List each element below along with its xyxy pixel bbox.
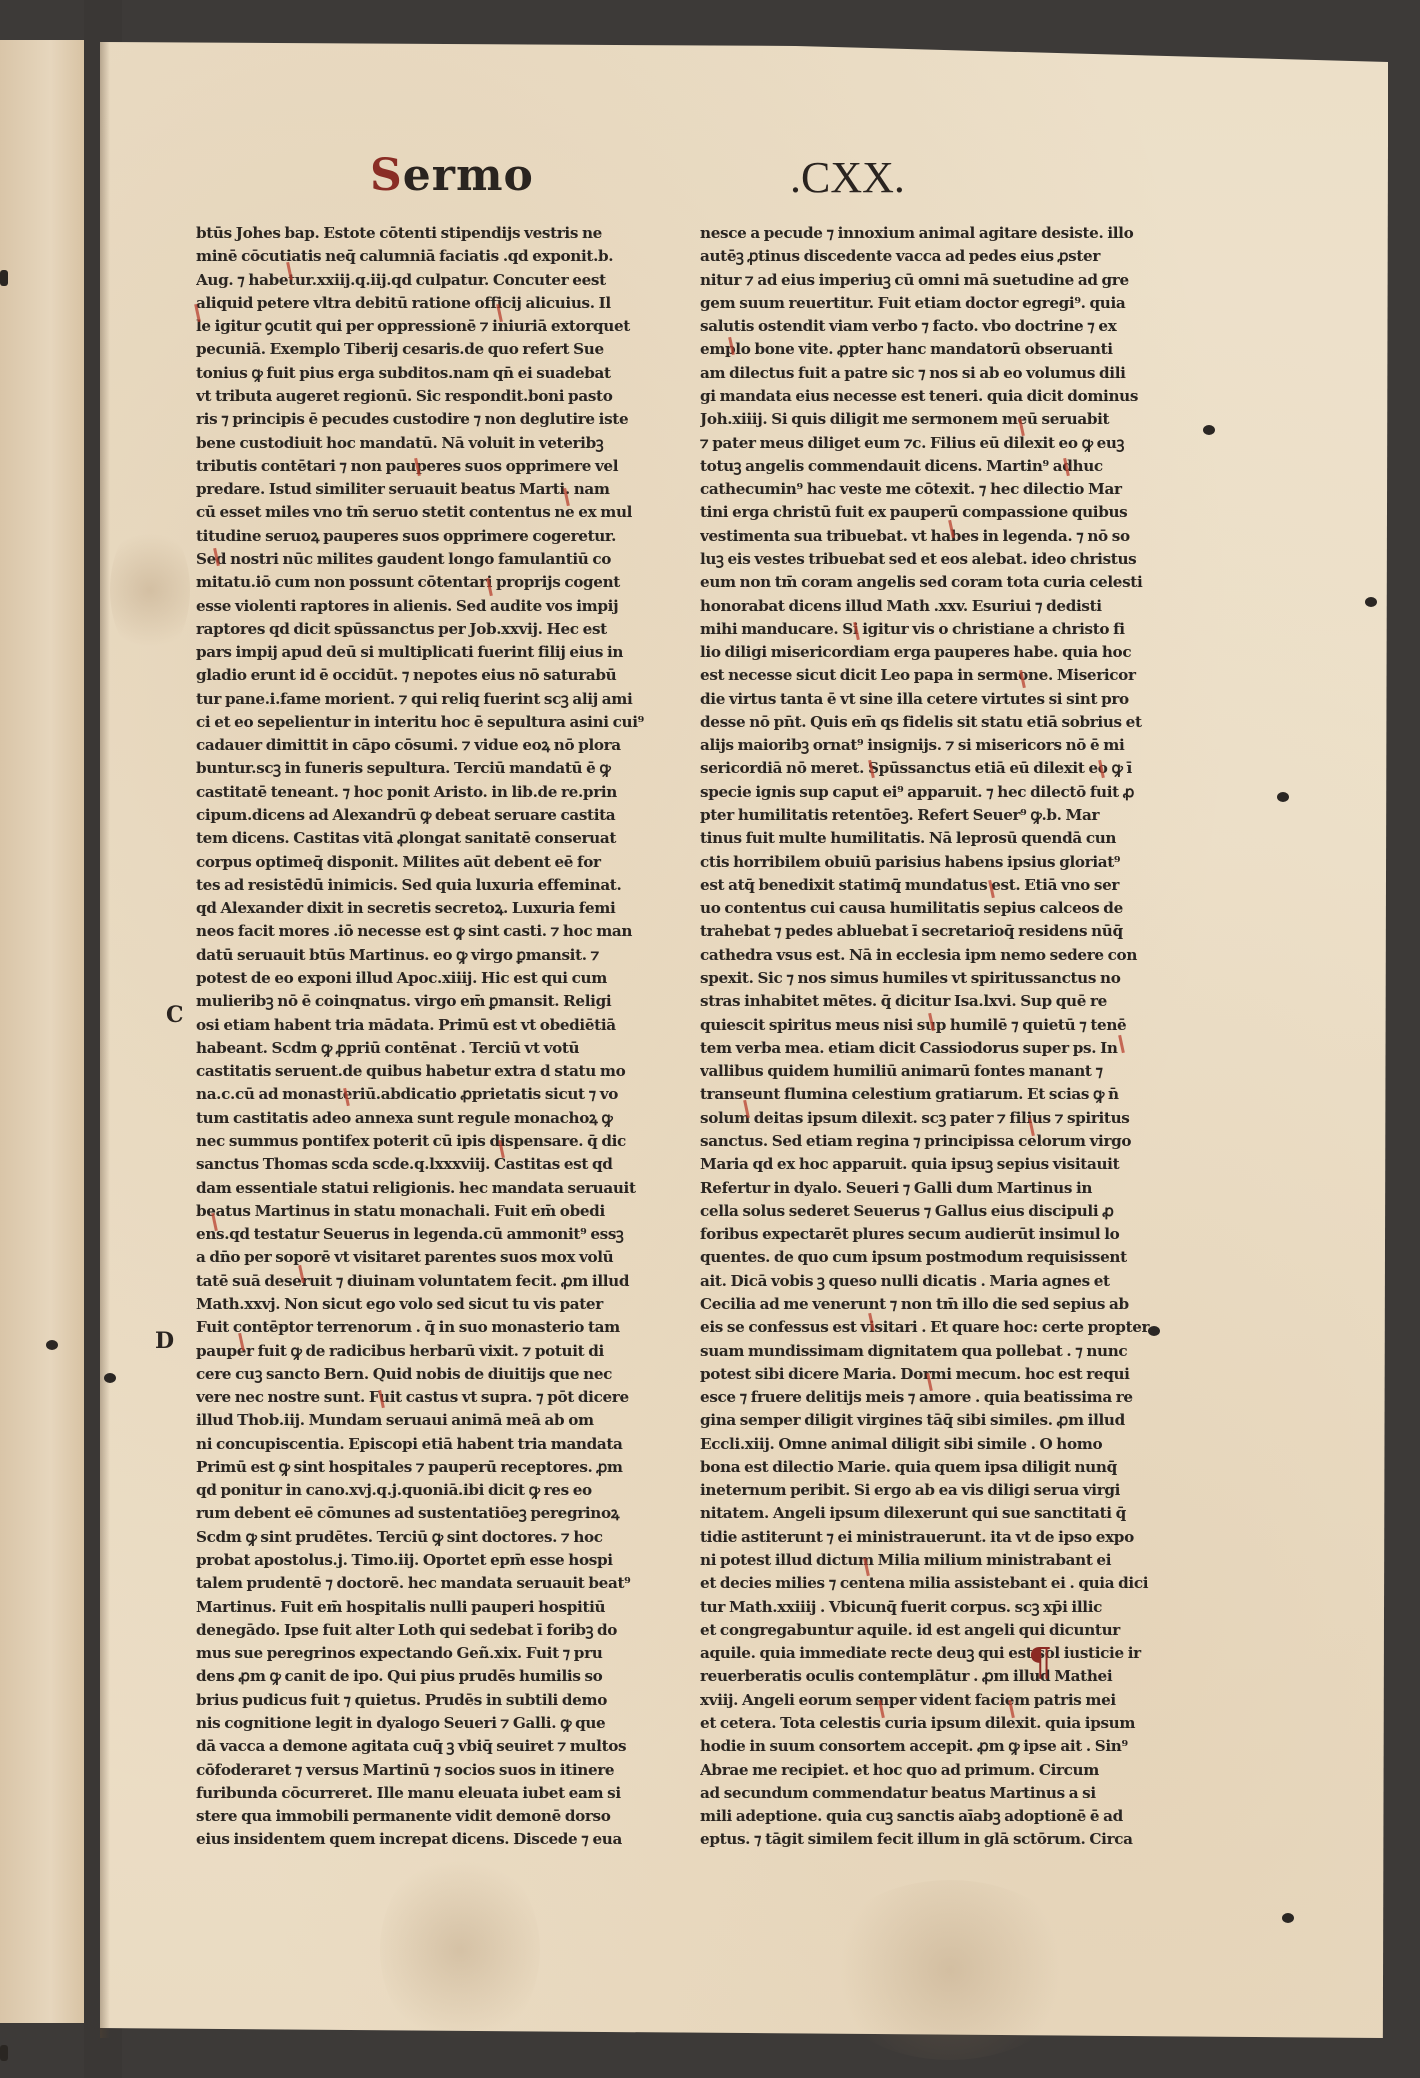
foxing-stain: [110, 520, 190, 660]
text-line: btūs Johes bap. Estote cōtenti stipendij…: [196, 222, 664, 245]
text-line: minē cōcutiatis neq̄ calumniā faciatis .…: [196, 245, 664, 268]
text-line: brius pudicus fuit ⁊ quietus. Prudēs in …: [196, 1689, 664, 1712]
text-line: cipum.dicens ad Alexandrū ꝙ debeat serua…: [196, 804, 664, 827]
text-line: est atq̄ benedixit statimq̄ mundatus est…: [700, 874, 1168, 897]
text-line: esce ⁊ fruere delitijs meis ⁊ amore . qu…: [700, 1386, 1168, 1409]
text-line: qd Alexander dixit in secretis secretoꝝ.…: [196, 897, 664, 920]
running-head-rest: ermo: [403, 150, 534, 201]
paragraph-mark: ¶: [1028, 1640, 1052, 1684]
text-line: ad secundum commendatur beatus Martinus …: [700, 1782, 1168, 1805]
text-line: die virtus tanta ē vt sine illa cetere v…: [700, 688, 1168, 711]
text-line: aliquid petere vltra debitū ratione offi…: [196, 292, 664, 315]
text-line: esse violenti raptores in alienis. Sed a…: [196, 595, 664, 618]
text-line: na.c.cū ad monasteriū.abdicatio ꝓprietat…: [196, 1083, 664, 1106]
text-line: pter humilitatis retentōeꝫ. Refert Seuer…: [700, 804, 1168, 827]
text-line: nesce a pecude ⁊ innoxium animal agitare…: [700, 222, 1168, 245]
text-line: hodie in suum consortem accepit. ꝓm ꝙ ip…: [700, 1735, 1168, 1758]
text-line: cōfoderaret ⁊ versus Martinū ⁊ socios su…: [196, 1759, 664, 1782]
text-line: totuꝫ angelis commendauit dicens. Martin…: [700, 455, 1168, 478]
text-line: ctis horribilem obuiū parisius habens ip…: [700, 851, 1168, 874]
text-line: mihi manducare. Si igitur vis o christia…: [700, 618, 1168, 641]
text-line: mus sue peregrinos expectando Geñ.xix. F…: [196, 1642, 664, 1665]
leaf-shadow: [100, 42, 110, 2038]
text-line: osi etiam habent tria mādata. Primū est …: [196, 1014, 664, 1037]
wormhole: [1203, 425, 1215, 435]
text-line: stras inhabitet mētes. q̄ dicitur Isa.lx…: [700, 990, 1168, 1013]
text-line: transeunt flumina celestium gratiarum. E…: [700, 1083, 1168, 1106]
text-line: Maria qd ex hoc apparuit. quia ipsuꝫ sep…: [700, 1153, 1168, 1176]
text-line: specie ignis sup caput ei⁹ apparuit. ⁊ h…: [700, 781, 1168, 804]
text-line: quiescit spiritus meus nisi sup humilē ⁊…: [700, 1014, 1168, 1037]
text-line: pars impij apud deū si multiplicati fuer…: [196, 641, 664, 664]
text-line: vallibus quidem humiliū animarū fontes m…: [700, 1060, 1168, 1083]
text-line: tur pane.i.fame morient. ⁊ qui reliq fue…: [196, 688, 664, 711]
text-line: furibunda cōcurreret. Ille manu eleuata …: [196, 1782, 664, 1805]
text-line: cella solus sederet Seuerus ⁊ Gallus eiu…: [700, 1200, 1168, 1223]
text-line: tinus fuit multe humilitatis. Nā leprosū…: [700, 827, 1168, 850]
text-line: eius insidentem quem increpat dicens. Di…: [196, 1828, 664, 1851]
text-line: Primū est ꝙ sint hospitales ⁊ pauperū re…: [196, 1456, 664, 1479]
running-head-initial: S: [370, 150, 403, 201]
text-line: tatē suā deseruit ⁊ diuinam voluntatem f…: [196, 1270, 664, 1293]
text-line: Abrae me recipiet. et hoc quo ad primum.…: [700, 1759, 1168, 1782]
text-line: cere cuꝫ sancto Bern. Quid nobis de diui…: [196, 1363, 664, 1386]
text-line: dens ꝓm ꝙ canit de ipo. Qui pius prudēs …: [196, 1665, 664, 1688]
text-line: Fuit contēptor terrenorum . q̄ in suo mo…: [196, 1316, 664, 1339]
text-line: Aug. ⁊ habetur.xxiij.q.iij.qd culpatur. …: [196, 269, 664, 292]
text-line: probat apostolus.j. Timo.iij. Oportet ep…: [196, 1549, 664, 1572]
text-line: ait. Dicā vobis ꝫ queso nulli dicatis . …: [700, 1270, 1168, 1293]
text-line: vere nec nostre sunt. Fuit castus vt sup…: [196, 1386, 664, 1409]
wormhole: [1277, 792, 1289, 802]
text-line: dā vacca a demone agitata cuq̄ ꝫ vbiq̄ s…: [196, 1735, 664, 1758]
text-line: tur Math.xxiiij . Vbicunq̄ fuerit corpus…: [700, 1596, 1168, 1619]
text-line: titudine seruoꝝ pauperes suos opprimere …: [196, 525, 664, 548]
text-line: emplo bone vite. ꝓpter hanc mandatorū ob…: [700, 338, 1168, 361]
text-line: ens.qd testatur Seuerus in legenda.cū am…: [196, 1223, 664, 1246]
text-line: castitatis seruent.de quibus habetur ext…: [196, 1060, 664, 1083]
text-line: habeant. Scdm ꝙ ꝓpriū contēnat . Terciū …: [196, 1037, 664, 1060]
text-line: ci et eo sepelientur in interitu hoc ē s…: [196, 711, 664, 734]
text-line: est necesse sicut dicit Leo papa in serm…: [700, 664, 1168, 687]
text-line: Joh.xiiij. Si quis diligit me sermonem m…: [700, 408, 1168, 431]
text-line: bona est dilectio Marie. quia quem ipsa …: [700, 1456, 1168, 1479]
foxing-stain: [380, 1850, 540, 2050]
text-line: cū esset miles vno tm̄ seruo stetit cont…: [196, 501, 664, 524]
text-line: eptus. ⁊ tāgit similem fecit illum in gl…: [700, 1828, 1168, 1851]
text-line: gina semper diligit virgines tāq̄ sibi s…: [700, 1409, 1168, 1432]
text-line: ⁊ pater meus diliget eum ⁊c. Filius eū d…: [700, 432, 1168, 455]
text-line: nec summus pontifex poterit cū ipis disp…: [196, 1130, 664, 1153]
text-line: nitatem. Angeli ipsum dilexerunt qui sue…: [700, 1502, 1168, 1525]
text-line: mili adeptione. quia cuꝫ sanctis aīabꝫ a…: [700, 1805, 1168, 1828]
text-line: gladio erunt id ē occidūt. ⁊ nepotes eiu…: [196, 664, 664, 687]
text-line: trahebat ⁊ pedes abluebat ī secretarioq̄…: [700, 920, 1168, 943]
text-line: suam mundissimam dignitatem qua pollebat…: [700, 1340, 1168, 1363]
text-line: vt tributa augeret regionū. Sic respondi…: [196, 385, 664, 408]
wormhole: [104, 1373, 116, 1383]
marginal-letter: D: [155, 1328, 174, 1354]
text-line: tidie astiterunt ⁊ ei ministrauerunt. it…: [700, 1526, 1168, 1549]
text-line: castitatē teneant. ⁊ hoc ponit Aristo. i…: [196, 781, 664, 804]
text-line: tini erga christū fuit ex pauperū compas…: [700, 501, 1168, 524]
text-line: potest de eo exponi illud Apoc.xiiij. Hi…: [196, 967, 664, 990]
text-line: dam essentiale statui religionis. hec ma…: [196, 1177, 664, 1200]
text-line: stere qua immobili permanente vidit demo…: [196, 1805, 664, 1828]
text-column-right: nesce a pecude ⁊ innoxium animal agitare…: [700, 222, 1168, 1852]
text-line: foribus expectarēt plures secum audierūt…: [700, 1223, 1168, 1246]
text-line: mulieribꝫ nō ē coinqnatus. virgo em̄ ꝑma…: [196, 990, 664, 1013]
text-line: predare. Istud similiter seruauit beatus…: [196, 478, 664, 501]
text-line: xviij. Angeli eorum semper vident faciem…: [700, 1689, 1168, 1712]
text-line: salutis ostendit viam verbo ⁊ facto. vbo…: [700, 315, 1168, 338]
text-line: potest sibi dicere Maria. Dormi mecum. h…: [700, 1363, 1168, 1386]
text-line: alijs maioribꝫ ornat⁹ insignijs. ⁊ si mi…: [700, 734, 1168, 757]
text-line: talem prudentē ⁊ doctorē. hec mandata se…: [196, 1572, 664, 1595]
text-column-left: btūs Johes bap. Estote cōtenti stipendij…: [196, 222, 664, 1852]
text-line: honorabat dicens illud Math .xxv. Esuriu…: [700, 595, 1168, 618]
text-line: luꝫ eis vestes tribuebat sed et eos aleb…: [700, 548, 1168, 571]
previous-leaf-fragment: [0, 40, 84, 2023]
text-line: beatus Martinus in statu monachali. Fuit…: [196, 1200, 664, 1223]
text-line: ni concupiscentia. Episcopi etiā habent …: [196, 1433, 664, 1456]
text-line: aquile. quia immediate recte deuꝫ qui es…: [700, 1642, 1168, 1665]
wormhole: [1282, 1913, 1294, 1923]
text-line: sanctus Thomas scda scde.q.lxxxviij. Cas…: [196, 1153, 664, 1176]
text-line: nis cognitione legit in dyalogo Seueri ⁊…: [196, 1712, 664, 1735]
text-line: gi mandata eius necesse est teneri. quia…: [700, 385, 1168, 408]
running-head-title: Sermo: [370, 150, 534, 201]
text-line: ni potest illud dictum Milia milium mini…: [700, 1549, 1168, 1572]
text-line: eis se confessus est visitari . Et quare…: [700, 1316, 1168, 1339]
text-line: Math.xxvj. Non sicut ego volo sed sicut …: [196, 1293, 664, 1316]
text-line: le igitur ꝯcutit qui per oppressionē ⁊ i…: [196, 315, 664, 338]
text-line: buntur.scꝫ in funeris sepultura. Terciū …: [196, 757, 664, 780]
text-line: ris ⁊ principis ē pecudes custodire ⁊ no…: [196, 408, 664, 431]
text-line: pauper fuit ꝙ de radicibus herbarū vixit…: [196, 1340, 664, 1363]
foxing-stain: [820, 1880, 1080, 2060]
wormhole: [46, 1340, 58, 1350]
text-line: lio diligi misericordiam erga pauperes h…: [700, 641, 1168, 664]
text-line: reuerberatis oculis contemplātur . ꝓm il…: [700, 1665, 1168, 1688]
text-line: et congregabuntur aquile. id est angeli …: [700, 1619, 1168, 1642]
text-line: datū seruauit btūs Martinus. eo ꝙ virgo …: [196, 944, 664, 967]
text-line: sanctus. Sed etiam regina ⁊ principissa …: [700, 1130, 1168, 1153]
text-line: rum debent eē cōmunes ad sustentatiōeꝫ p…: [196, 1502, 664, 1525]
text-line: tes ad resistēdū inimicis. Sed quia luxu…: [196, 874, 664, 897]
text-line: tonius ꝙ fuit pius erga subditos.nam qn̄…: [196, 362, 664, 385]
text-line: tem verba mea. etiam dicit Cassiodorus s…: [700, 1037, 1168, 1060]
text-line: neos facit mores .iō necesse est ꝙ sint …: [196, 920, 664, 943]
wormhole: [1365, 597, 1377, 607]
running-head: Sermo .CXX.: [370, 150, 950, 210]
text-line: cathedra vsus est. Nā in ecclesia ipm ne…: [700, 944, 1168, 967]
text-line: Scdm ꝙ sint prudētes. Terciū ꝙ sint doct…: [196, 1526, 664, 1549]
text-line: Martinus. Fuit em̄ hospitalis nulli paup…: [196, 1596, 664, 1619]
text-line: uo contentus cui causa humilitatis sepiu…: [700, 897, 1168, 920]
text-line: raptores qd dicit spūssanctus per Job.xx…: [196, 618, 664, 641]
text-line: qd ponitur in cano.xvj.q.j.quoniā.ibi di…: [196, 1479, 664, 1502]
text-line: illud Thob.iij. Mundam seruaui animā meā…: [196, 1409, 664, 1432]
text-line: bene custodiuit hoc mandatū. Nā voluit i…: [196, 432, 664, 455]
text-line: denegādo. Ipse fuit alter Loth qui sedeb…: [196, 1619, 664, 1642]
text-line: tum castitatis adeo annexa sunt regule m…: [196, 1107, 664, 1130]
text-line: Cecilia ad me venerunt ⁊ non tm̄ illo di…: [700, 1293, 1168, 1316]
text-line: pecuniā. Exemplo Tiberij cesaris.de quo …: [196, 338, 664, 361]
text-line: ineternum peribit. Si ergo ab ea vis dil…: [700, 1479, 1168, 1502]
text-line: desse nō pn̄t. Quis em̄ qs fidelis sit s…: [700, 711, 1168, 734]
wormhole-mark: [0, 270, 8, 286]
text-line: Sed nostri nūc milites gaudent longo fam…: [196, 548, 664, 571]
text-line: tem dicens. Castitas vitā ꝓlongat sanita…: [196, 827, 664, 850]
text-line: am dilectus fuit a patre sic ⁊ nos si ab…: [700, 362, 1168, 385]
text-line: et decies milies ⁊ centena milia assiste…: [700, 1572, 1168, 1595]
marginal-letter: C: [166, 1002, 184, 1028]
folio-number: .CXX.: [790, 152, 905, 203]
text-line: autēꝫ ꝓtinus discedente vacca ad pedes e…: [700, 245, 1168, 268]
text-line: cadauer dimittit in cāpo cōsumi. ⁊ vidue…: [196, 734, 664, 757]
text-line: Eccli.xiij. Omne animal diligit sibi sim…: [700, 1433, 1168, 1456]
text-line: tributis contētari ⁊ non pauperes suos o…: [196, 455, 664, 478]
text-line: vestimenta sua tribuebat. vt habes in le…: [700, 525, 1168, 548]
text-line: et cetera. Tota celestis curia ipsum dil…: [700, 1712, 1168, 1735]
text-line: eum non tm̄ coram angelis sed coram tota…: [700, 571, 1168, 594]
text-line: nitur ⁊ ad eius imperiuꝫ cū omni mā suet…: [700, 269, 1168, 292]
text-line: spexit. Sic ⁊ nos simus humiles vt spiri…: [700, 967, 1168, 990]
text-line: corpus optimeq̄ disponit. Milites aūt de…: [196, 851, 664, 874]
text-line: quentes. de quo cum ipsum postmodum requ…: [700, 1246, 1168, 1269]
text-line: cathecumin⁹ hac veste me cōtexit. ⁊ hec …: [700, 478, 1168, 501]
text-line: Refertur in dyalo. Seueri ⁊ Galli dum Ma…: [700, 1177, 1168, 1200]
text-line: solum deitas ipsum dilexit. scꝫ pater ⁊ …: [700, 1107, 1168, 1130]
text-line: gem suum reuertitur. Fuit etiam doctor e…: [700, 292, 1168, 315]
text-line: mitatu.iō cum non possunt cōtentari prop…: [196, 571, 664, 594]
text-line: a dn̄o per soporē vt visitaret parentes …: [196, 1246, 664, 1269]
wormhole-mark: [0, 2045, 8, 2061]
